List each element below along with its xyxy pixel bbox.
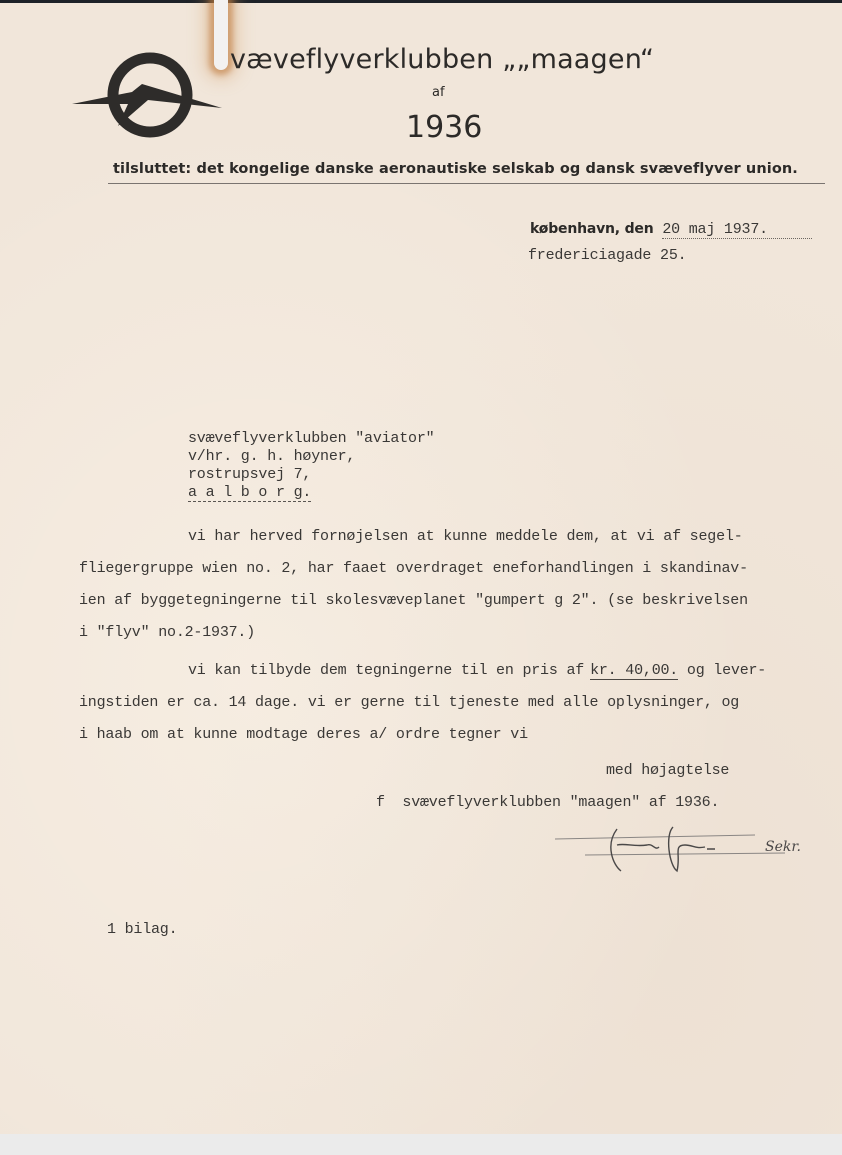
recipient-line-4: a a l b o r g. bbox=[188, 484, 311, 501]
recipient-line-2: v/hr. g. h. høyner, bbox=[188, 448, 355, 465]
price: kr. 40,00. bbox=[590, 662, 678, 680]
svg-text:Sekr.: Sekr. bbox=[765, 839, 801, 855]
body-p2-line-2: ingstiden er ca. 14 dage. vi er gerne ti… bbox=[79, 694, 739, 711]
club-name: væveflyverklubben „„maagen“ bbox=[230, 44, 654, 75]
sender-street: fredericiagade 25. bbox=[528, 247, 686, 264]
body-p1-line-4: i "flyv" no.2-1937.) bbox=[79, 624, 255, 641]
recipient-line-3: rostrupsvej 7, bbox=[188, 466, 311, 483]
signoff: f svæveflyverklubben "maagen" af 1936. bbox=[376, 794, 719, 811]
founding-year: 1936 bbox=[406, 110, 482, 145]
letter-date: 20 maj 1937. bbox=[662, 221, 812, 239]
handwritten-signature: Sekr. bbox=[555, 825, 815, 875]
gull-logo-icon bbox=[72, 48, 230, 140]
recipient-line-1: svæveflyverklubben "aviator" bbox=[188, 430, 434, 447]
body-p2-line-3: i haab om at kunne modtage deres a/ ordr… bbox=[79, 726, 528, 743]
letterhead-divider bbox=[108, 183, 825, 184]
body-p1-line-2: fliegergruppe wien no. 2, har faaet over… bbox=[79, 560, 748, 577]
body-p1-line-3: ien af byggetegningerne til skolesvævepl… bbox=[79, 592, 748, 609]
scan-edge bbox=[0, 0, 842, 3]
letterhead-af: af bbox=[432, 85, 445, 100]
body-p1-line-1: vi har herved fornøjelsen at kunne medde… bbox=[188, 528, 743, 545]
body-p2-line-1: vi kan tilbyde dem tegningerne til en pr… bbox=[188, 662, 766, 679]
affiliation-line: tilsluttet: det kongelige danske aeronau… bbox=[113, 161, 798, 177]
salutation: med højagtelse bbox=[606, 762, 729, 779]
city-prefix: københavn, den bbox=[530, 221, 654, 237]
enclosure-note: 1 bilag. bbox=[107, 921, 177, 938]
letter-page: væveflyverklubben „„maagen“ af 1936 tils… bbox=[0, 0, 842, 1134]
dateline: københavn, den 20 maj 1937. bbox=[530, 221, 812, 239]
